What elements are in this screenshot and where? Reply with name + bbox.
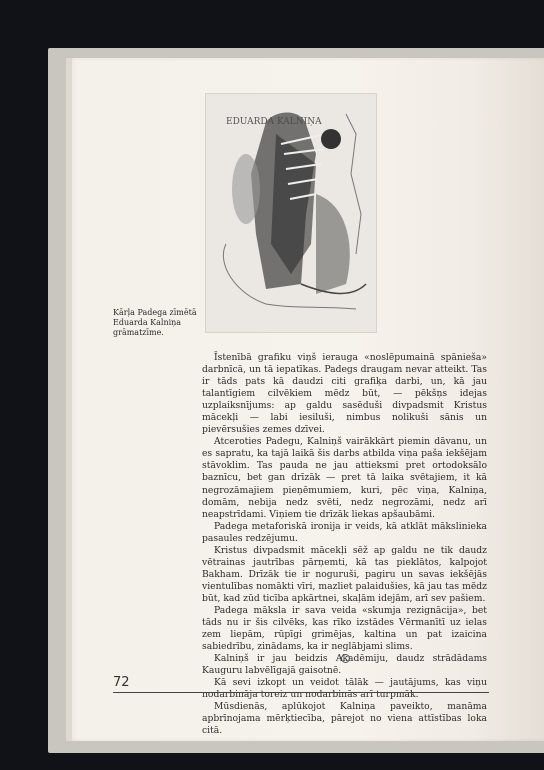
caption-line: Kārļa Padega zīmētā	[113, 308, 213, 318]
paragraph: Atceroties Padegu, Kalniņš vairākkārt pi…	[202, 436, 487, 520]
page-gutter	[66, 58, 72, 741]
caption-line: Eduarda Kalniņa	[113, 318, 213, 328]
caption-line: grāmatzīme.	[113, 328, 213, 338]
footer-rule	[113, 692, 489, 693]
paragraph: Kristus divpadsmit mācekļi sēž ap galdu …	[202, 545, 487, 605]
paragraph: Kā sevi izkopt un veidot tālāk — jautāju…	[202, 677, 487, 701]
bookplate-illustration: EDUARDA KALNIŅA	[205, 93, 377, 333]
paragraph: Padega māksla ir sava veida «skumja rezi…	[202, 605, 487, 653]
body-text: Īstenībā grafiku viņš ierauga «noslēpuma…	[202, 352, 487, 738]
page-number: 72	[113, 675, 130, 690]
section-end-circle-icon	[341, 654, 350, 663]
paragraph: Padega metaforiskā ironija ir veids, kā …	[202, 521, 487, 545]
paragraph: Mūsdienās, aplūkojot Kalniņa paveikto, m…	[202, 701, 487, 737]
figure-caption: Kārļa Padega zīmētā Eduarda Kalniņa grām…	[113, 308, 213, 338]
paragraph: Īstenībā grafiku viņš ierauga «noslēpuma…	[202, 352, 487, 436]
